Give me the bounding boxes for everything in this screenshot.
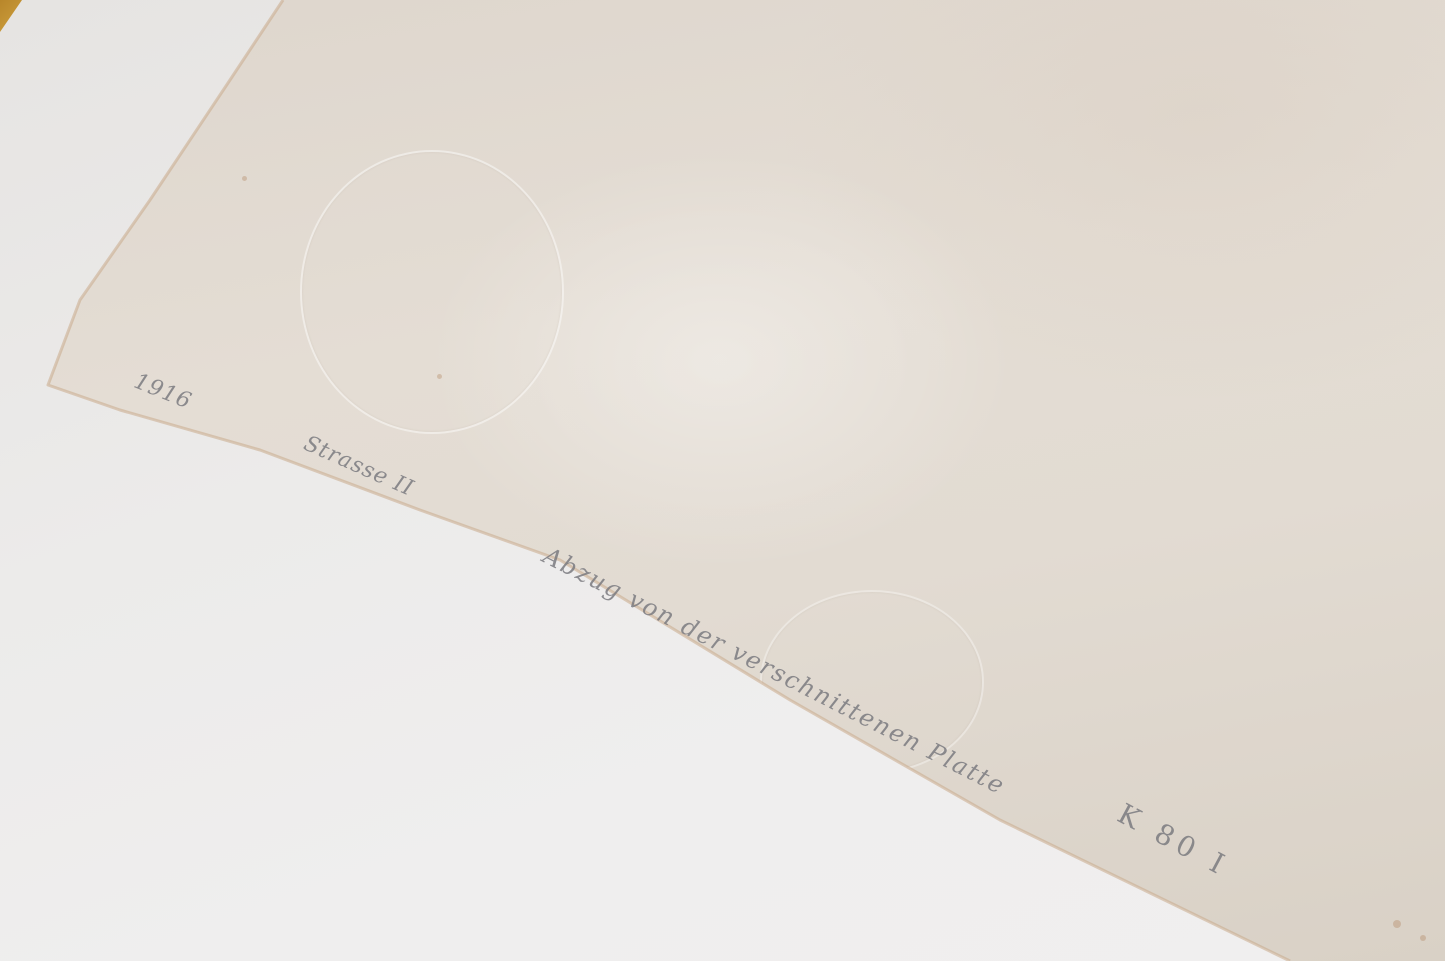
- foxing-spot: [242, 176, 247, 181]
- embossed-plate-mark-circle: [300, 150, 564, 434]
- foxing-spot: [1420, 935, 1426, 941]
- foxing-spot: [437, 374, 442, 379]
- foxing-spot: [1393, 920, 1401, 928]
